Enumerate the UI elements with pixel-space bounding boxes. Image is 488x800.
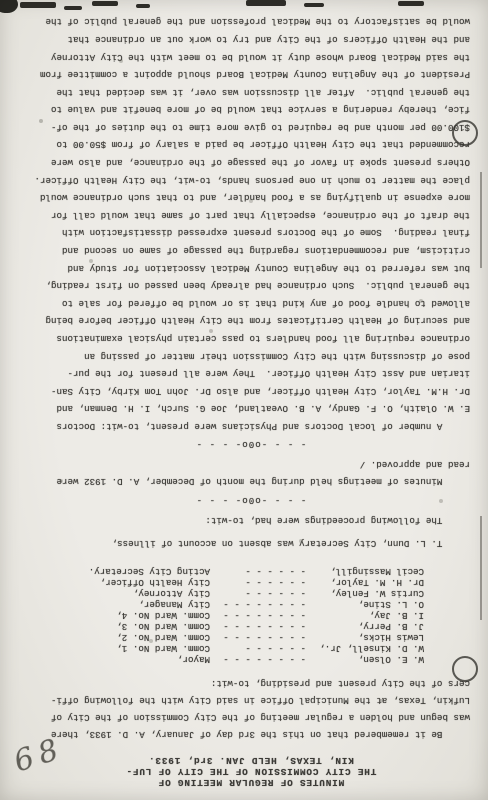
title-line: MINUTES OF REGULAR MEETING OF	[32, 777, 470, 788]
opening-paragraph: Be it remembered that on this the 3rd da…	[32, 675, 470, 743]
official-title: City Attorney,	[133, 588, 210, 599]
roster-row: W. E. Olsen, - - - - - - - - Mayor,	[32, 654, 424, 665]
paragraph-line: Lufkin, Texas, at the Municipal Office i…	[32, 692, 470, 709]
scanned-document-page: MINUTES OF REGULAR MEETING OFTHE CITY CO…	[0, 0, 488, 800]
official-title: Comm. Ward No. 4,	[116, 610, 210, 621]
official-name: J. B. Perry,	[306, 621, 424, 632]
paragraph-line: Dr. H.M. Taylor, City Health Officer, an…	[32, 382, 470, 400]
leader-dashes: - - - - - - - -	[210, 632, 306, 643]
paragraph-line: E. W. Olaith, O. F. Gandy, A. B. Oveatla…	[32, 400, 470, 418]
paragraph-line: A number of local Doctors and Physicians…	[32, 417, 470, 435]
paragraph-line: $100.00 per month and be required to giv…	[32, 118, 470, 136]
scan-smear	[20, 2, 56, 8]
leader-dashes: - - - - - - - -	[210, 621, 306, 632]
hole-punch-ring	[452, 656, 478, 682]
leader-dashes: - - - - - - - -	[210, 599, 306, 610]
official-title: Comm. Ward No. 1,	[116, 643, 210, 654]
fold-mark	[480, 172, 482, 268]
scan-smear	[398, 1, 424, 6]
document-title: MINUTES OF REGULAR MEETING OFTHE CITY CO…	[32, 755, 470, 788]
roster-row: O. L. Stine, - - - - - - - - City Manage…	[32, 599, 424, 610]
paragraph-line: final reading. Some of the Doctors prese…	[32, 224, 470, 242]
official-title: City Manager,	[138, 599, 210, 610]
officials-roster: W. E. Olsen, - - - - - - - - Mayor, W. D…	[32, 566, 424, 665]
fold-mark	[480, 516, 482, 620]
roster-row: W. D. Kinsell, Jr., - - - - - - Comm. Wa…	[32, 643, 424, 654]
leader-dashes: - - - - - -	[210, 577, 306, 588]
scan-smear	[92, 1, 118, 6]
paragraph-line: pose of discussing with the City Commiss…	[32, 347, 470, 365]
paragraph-line: recommended that the City Health Officer…	[32, 136, 470, 154]
section-separator: - - - -o0o- - - -	[32, 438, 470, 450]
paragraph-line: fice, thereby rendering a service that w…	[32, 101, 470, 119]
roster-row: Curtis W. Fenley, - - - - - - City Attor…	[32, 588, 424, 599]
paragraph-line: the general public. Such ordinance had a…	[32, 277, 470, 295]
official-name: W. E. Olsen,	[306, 654, 424, 665]
official-name: W. D. Kinsell, Jr.,	[306, 643, 424, 654]
official-title: Acting City Secretary.	[89, 566, 210, 577]
section-separator: - - - -o0o- - - -	[32, 494, 470, 506]
leader-dashes: - - - - - - - -	[210, 654, 306, 665]
official-title: Mayor,	[177, 654, 210, 665]
paragraph-line: Others present spoke in favor of the pas…	[32, 154, 470, 172]
ordinance-discussion-paragraph: A number of local Doctors and Physicians…	[32, 13, 470, 435]
paragraph-line: itarian and Asst City Health Officer. Th…	[32, 365, 470, 383]
paragraph-line: would be satisfactory to the Medical pro…	[32, 13, 470, 31]
paragraph-line: but was referred to the Angelina County …	[32, 259, 470, 277]
paragraph-line: place the matter to much in one persons …	[32, 171, 470, 189]
title-line: THE CITY COMMISSION OF THE CITY OF LUF-	[32, 766, 470, 777]
paragraph-line: and securing of Health Certificates from…	[32, 312, 470, 330]
paragraph-line: read and approved. /	[32, 456, 470, 473]
paragraph-line: allowed to handle food of any kind that …	[32, 294, 470, 312]
paragraph-line: cers of the City present and presiding, …	[32, 675, 470, 692]
scan-smear	[246, 0, 286, 6]
paragraph-line: Be it remembered that on this the 3rd da…	[32, 726, 470, 743]
paragraph-line: the general public. After all discussion…	[32, 83, 470, 101]
leader-dashes: - - - - - - - -	[210, 610, 306, 621]
hole-punch-ring	[452, 120, 478, 146]
scan-smear	[136, 4, 150, 8]
scan-smear	[64, 6, 82, 10]
paragraph-line: President of the Angelina County Medical…	[32, 66, 470, 84]
absent-note: T. L. Dunn, City Secretary was absent on…	[32, 535, 470, 552]
official-name: O. L. Stine,	[306, 599, 424, 610]
paragraph-line: more expense in qualifying as a food han…	[32, 189, 470, 207]
scan-smear	[304, 3, 324, 7]
paragraph-line: ordinance requiring all food handlers to…	[32, 329, 470, 347]
paragraph-line: was begun and holden a regular meeting o…	[32, 709, 470, 726]
official-title: City Health Officer,	[100, 577, 210, 588]
minutes-approved-paragraph: Minutes of meetings held during the mont…	[32, 456, 470, 490]
document-content-rotated: MINUTES OF REGULAR MEETING OFTHE CITY CO…	[0, 0, 488, 800]
roster-row: Lewis Hicks, - - - - - - - - Comm. Ward …	[32, 632, 424, 643]
paragraph-line: Minutes of meetings held during the mont…	[32, 473, 470, 490]
roster-row: I. B. Jay, - - - - - - - - Comm. Ward No…	[32, 610, 424, 621]
proceedings-note: The following proceedings were had, to-w…	[32, 512, 470, 529]
official-name: Dr. H. M. Taylor,	[306, 577, 424, 588]
paragraph-line: the draft of the ordinance, especially t…	[32, 206, 470, 224]
title-line: KIN, TEXAS, HELD JAN. 3rd, 1933.	[32, 755, 470, 766]
official-name: Cecil Massingill,	[306, 566, 424, 577]
paragraph-line: the said Medical Board whose duty it wou…	[32, 48, 470, 66]
leader-dashes: - - - - - -	[210, 588, 306, 599]
paragraph-line: criticism, and recommendations regarding…	[32, 241, 470, 259]
official-name: Lewis Hicks,	[306, 632, 424, 643]
paper-speckle	[0, 0, 2, 2]
official-name: I. B. Jay,	[306, 610, 424, 621]
official-title: Comm. Ward No. 3,	[116, 621, 210, 632]
roster-row: J. B. Perry, - - - - - - - - Comm. Ward …	[32, 621, 424, 632]
roster-row: Dr. H. M. Taylor, - - - - - - City Healt…	[32, 577, 424, 588]
official-title: Comm. Ward No. 2,	[116, 632, 210, 643]
leader-dashes: - - - - - -	[210, 566, 306, 577]
roster-row: Cecil Massingill, - - - - - - Acting Cit…	[32, 566, 424, 577]
official-name: Curtis W. Fenley,	[306, 588, 424, 599]
paragraph-line: and the Health Officers of the City and …	[32, 30, 470, 48]
leader-dashes: - - - - - -	[210, 643, 306, 654]
